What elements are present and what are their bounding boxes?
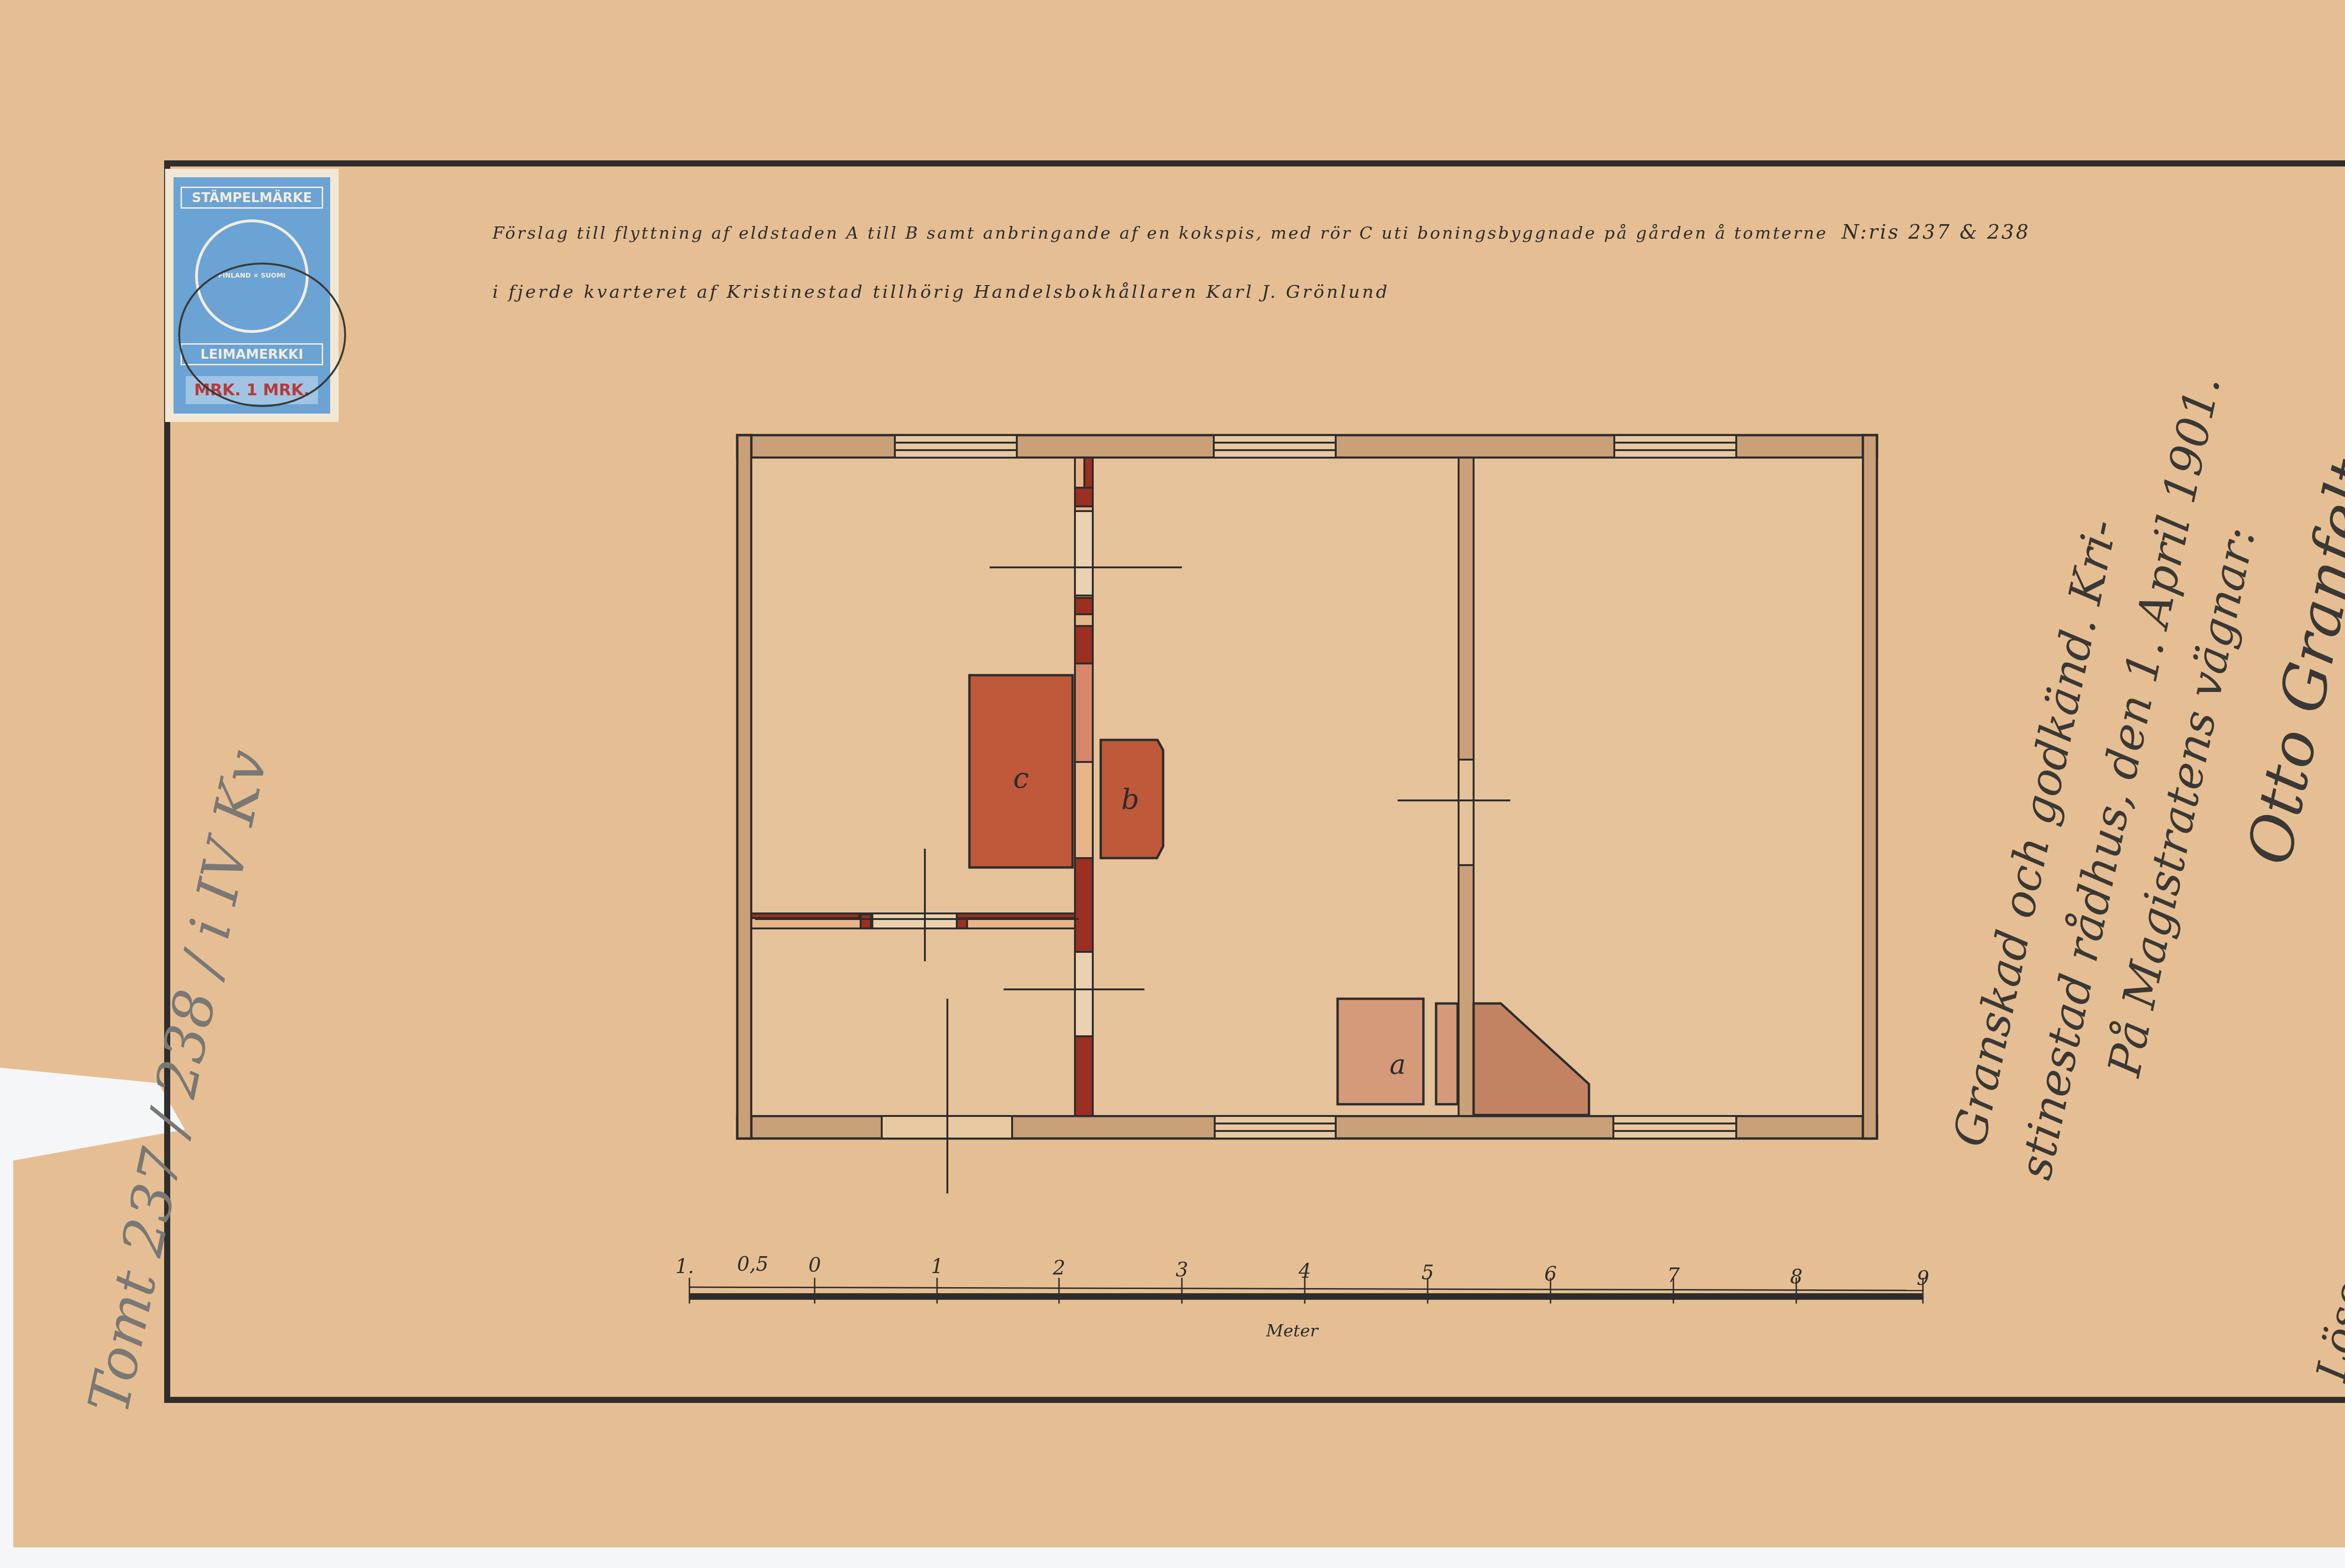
svg-text:0,5: 0,5 xyxy=(737,1252,769,1275)
svg-text:2: 2 xyxy=(1052,1256,1066,1279)
svg-text:6: 6 xyxy=(1544,1262,1557,1285)
floor-plan: c b a 1. 0,5 0 1 2 3 xyxy=(0,0,2345,1568)
scale-bar-ticks: 1. 0,5 0 1 2 3 4 5 6 7 8 9 xyxy=(675,1252,1929,1289)
brick-partition xyxy=(1075,458,1093,1116)
svg-text:8: 8 xyxy=(1790,1265,1803,1288)
floor-area xyxy=(751,458,1863,1116)
svg-text:1: 1 xyxy=(931,1255,944,1278)
svg-text:9: 9 xyxy=(1917,1266,1929,1289)
label-c: c xyxy=(1013,762,1029,795)
horizontal-partition xyxy=(751,913,1075,928)
label-a: a xyxy=(1390,1048,1406,1080)
magistrate-signature: Otto Granfelt. xyxy=(2233,435,2345,871)
fee-note: Lösen: 1 mk. xyxy=(2307,1107,2345,1387)
scale-unit-label: Meter xyxy=(1265,1321,1319,1341)
svg-text:7: 7 xyxy=(1667,1264,1680,1287)
svg-text:4: 4 xyxy=(1298,1259,1311,1282)
pencil-margin-note: Tomt 237 / 238 / i IV Kv xyxy=(76,745,280,1419)
label-b: b xyxy=(1121,783,1139,816)
svg-text:5: 5 xyxy=(1422,1261,1434,1284)
svg-text:0: 0 xyxy=(809,1253,821,1276)
approval-notes: Granskad och godkänd. Kri- stinestad råd… xyxy=(1943,371,2345,1387)
svg-text:3: 3 xyxy=(1176,1258,1188,1281)
svg-text:1.: 1. xyxy=(675,1255,694,1278)
wood-partition xyxy=(1459,458,1474,1116)
